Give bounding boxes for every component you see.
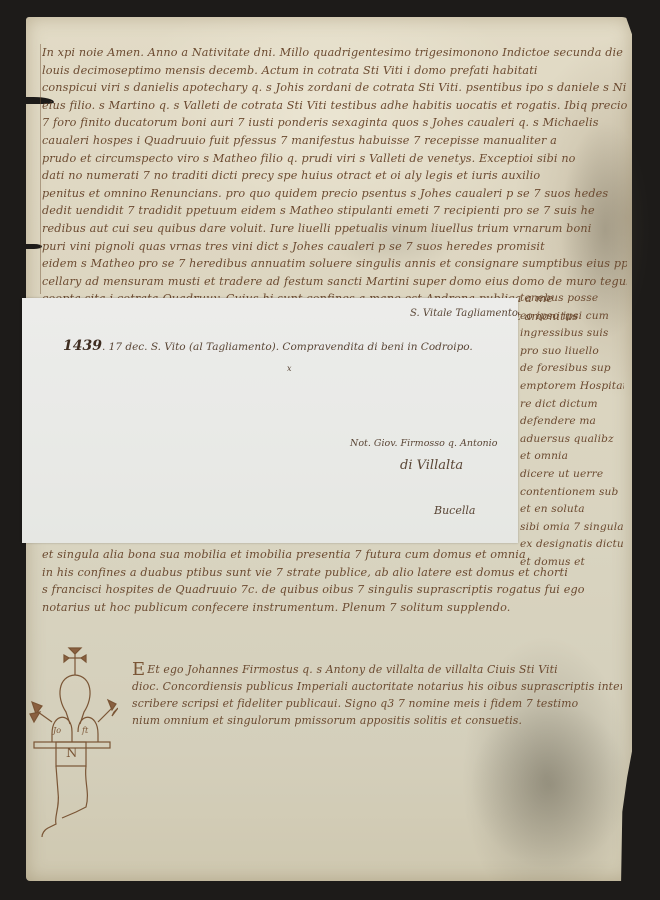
slip-notary-note: Not. Giov. Firmosso q. Antonio bbox=[350, 438, 497, 449]
archival-paper-slip: S. Vitale Tagliamento 1439. 17 dec. S. V… bbox=[22, 298, 518, 543]
text-line: contentionem sub bbox=[520, 484, 624, 502]
text-line: tenebus posse bbox=[520, 290, 624, 308]
text-line: sibi omia 7 singula bbox=[520, 519, 624, 537]
text-line: dedit uendidit 7 tradidit ppetuum eidem … bbox=[42, 202, 627, 220]
right-margin-text-block: tenebus posse eo ipso ipsi cum ingressib… bbox=[520, 290, 624, 572]
text-line: s francisci hospites de Quadruuio 7c. de… bbox=[42, 581, 627, 599]
text-line: dioc. Concordiensis publicus Imperiali a… bbox=[132, 678, 622, 695]
text-line: emptorem Hospitat bbox=[520, 378, 624, 396]
text-line: eo ipso ipsi cum bbox=[520, 308, 624, 326]
slip-heading-text: . 17 dec. S. Vito (al Tagliamento). Comp… bbox=[102, 341, 473, 353]
text-line: scribere scripsi et fideliter publicaui.… bbox=[132, 695, 622, 712]
slip-year: 1439 bbox=[63, 338, 102, 354]
text-line: dicere ut uerre bbox=[520, 466, 624, 484]
text-line: nium omnium et singulorum pmissorum appo… bbox=[132, 712, 622, 729]
text-line: prudo et circumspecto viro s Matheo fili… bbox=[42, 150, 627, 168]
text-line: de foresibus sup bbox=[520, 360, 624, 378]
text-line: 7 foro finito ducatorum boni auri 7 iust… bbox=[42, 114, 627, 132]
text-line: eidem s Matheo pro se 7 heredibus annuat… bbox=[42, 255, 627, 273]
text-line: In xpi noie Amen. Anno a Nativitate dni.… bbox=[42, 44, 627, 62]
text-line: caualeri hospes i Quadruuio fuit pfessus… bbox=[42, 132, 627, 150]
scanned-document: In xpi noie Amen. Anno a Nativitate dni.… bbox=[0, 0, 660, 900]
text-line: eius filio. s Martino q. s Valleti de co… bbox=[42, 97, 627, 115]
slip-signature: Bucella bbox=[434, 504, 475, 517]
text-line: redibus aut cui seu quibus dare voluit. … bbox=[42, 220, 627, 238]
text-line: ingressibus suis bbox=[520, 325, 624, 343]
text-line: aduersus qualibz bbox=[520, 431, 624, 449]
text-line: penitus et omnino Renuncians. pro quo qu… bbox=[42, 185, 627, 203]
text-line: louis decimoseptimo mensis decemb. Actum… bbox=[42, 62, 627, 80]
slip-location-label: S. Vitale Tagliamento bbox=[410, 308, 518, 319]
text-line: EEt ego Johannes Firmostus q. s Antony d… bbox=[132, 661, 622, 678]
notary-signum-icon bbox=[28, 642, 118, 837]
margin-rule bbox=[40, 44, 41, 294]
text-line: re dict dictum bbox=[520, 396, 624, 414]
slip-notary-name: di Villalta bbox=[400, 458, 463, 473]
text-line: et singula alia bona sua mobilia et imob… bbox=[42, 546, 627, 564]
notary-subscription: EEt ego Johannes Firmostus q. s Antony d… bbox=[132, 661, 622, 729]
slip-heading: 1439. 17 dec. S. Vito (al Tagliamento). … bbox=[63, 338, 473, 354]
decorated-initial: E bbox=[132, 661, 145, 678]
signum-left-label: Jo bbox=[53, 726, 61, 735]
text-line: dati no numerati 7 no traditi dicti prec… bbox=[42, 167, 627, 185]
signum-center-letter: N bbox=[66, 746, 77, 761]
text-line-body: Et ego Johannes Firmostus q. s Antony de… bbox=[147, 663, 557, 676]
text-line: et en soluta bbox=[520, 501, 624, 519]
text-line: pro suo liuello bbox=[520, 343, 624, 361]
text-line: in his confines a duabus ptibus sunt vie… bbox=[42, 564, 627, 582]
signum-right-label: ft bbox=[82, 726, 88, 735]
slip-mark: x bbox=[287, 364, 292, 373]
text-line: notarius ut hoc publicum confecere instr… bbox=[42, 599, 627, 617]
text-line: puri vini pignoli quas vrnas tres vini d… bbox=[42, 238, 627, 256]
text-line: cellary ad mensuram musti et tradere ad … bbox=[42, 273, 627, 291]
text-line: et omnia bbox=[520, 448, 624, 466]
text-line: defendere ma bbox=[520, 413, 624, 431]
notary-signum: Jo ft N bbox=[28, 642, 118, 837]
closing-text-block: et singula alia bona sua mobilia et imob… bbox=[42, 546, 627, 616]
text-line: conspicui viri s danielis apotechary q. … bbox=[42, 79, 627, 97]
